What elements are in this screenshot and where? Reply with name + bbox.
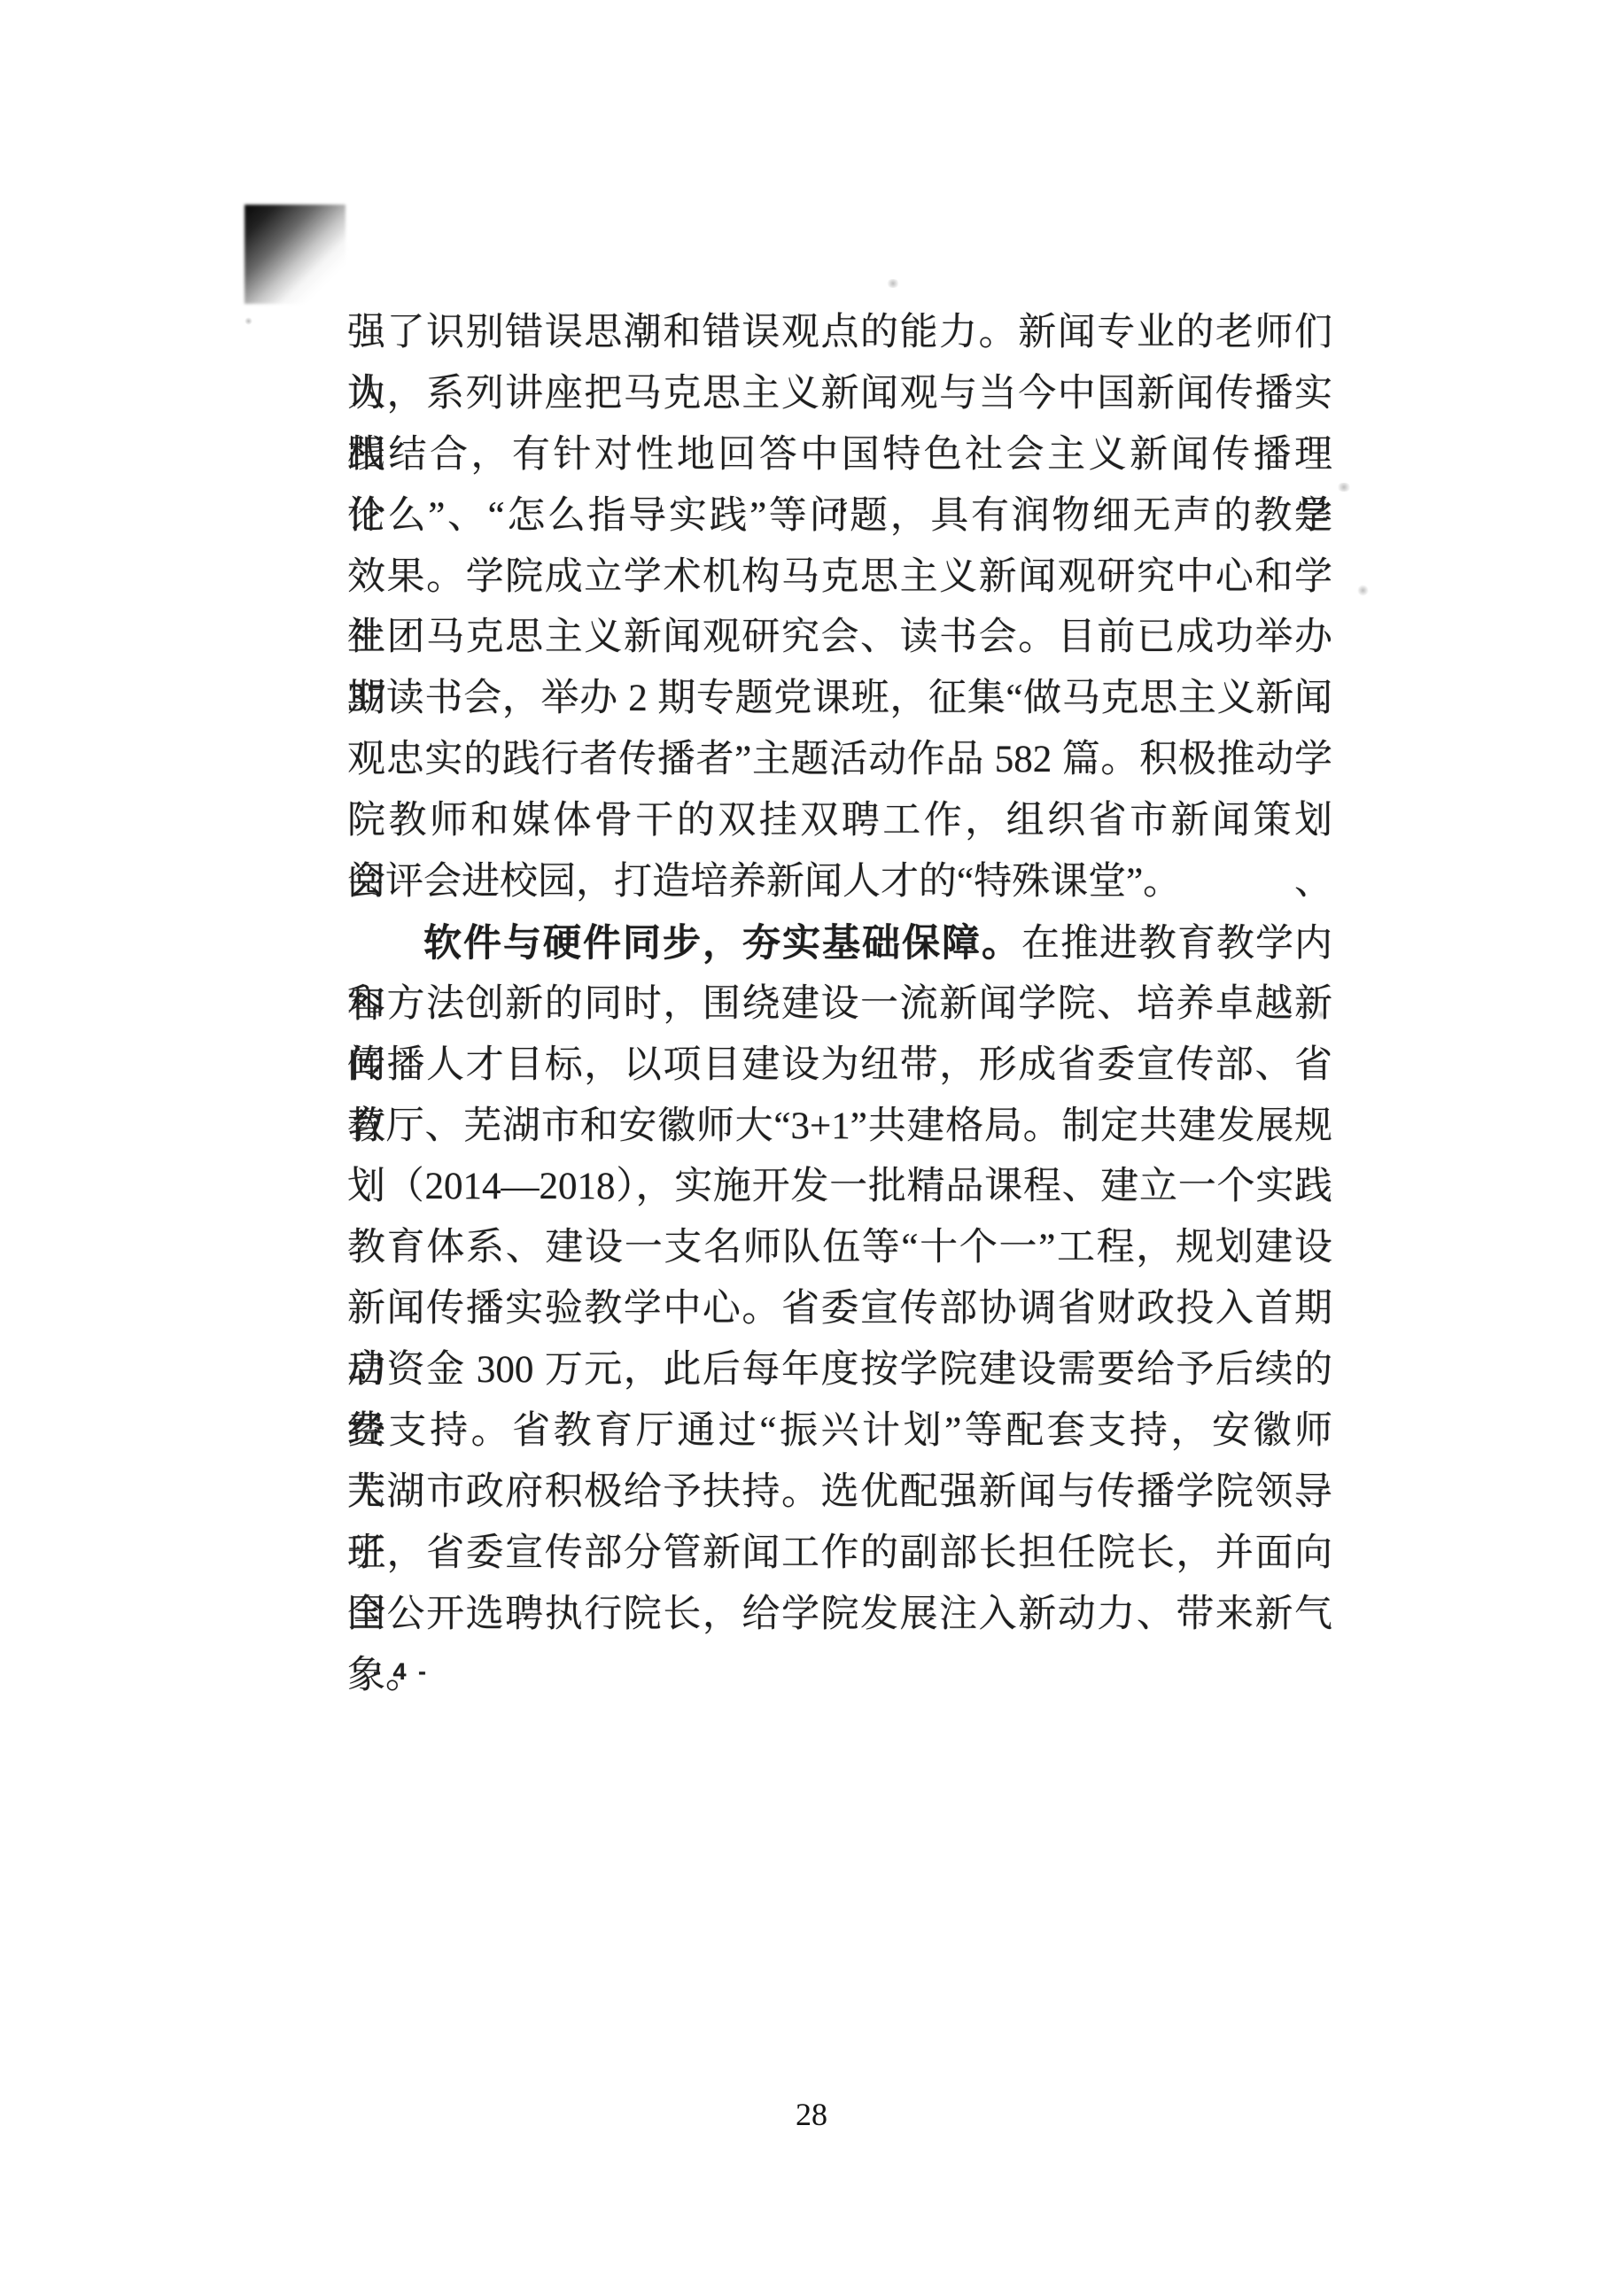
- text-line: 划（2014—2018），实施开发一批精品课程、建立一个实践: [347, 1157, 1332, 1218]
- scan-speck: [886, 279, 900, 288]
- paragraph: 强了识别错误思潮和错误观点的能力。新闻专业的老师们认为，系列讲座把马克思主义新闻…: [347, 303, 1332, 913]
- inline-bold-heading: 软件与硬件同步，夯实基础保障。: [423, 922, 1021, 965]
- text-line: 传播人才目标，以项目建设为纽带，形成省委宣传部、省教: [347, 1036, 1332, 1097]
- text-line: 和方法创新的同时，围绕建设一流新闻学院、培养卓越新闻: [347, 974, 1332, 1036]
- text-line: 软件与硬件同步，夯实基础保障。在推进教育教学内容: [347, 913, 1332, 974]
- text-line: 什么”、“怎么指导实践”等问题，具有润物细无声的教学: [347, 486, 1332, 547]
- text-line: 强了识别错误思潮和错误观点的能力。新闻专业的老师们认: [347, 303, 1332, 364]
- page-number: 28: [0, 2096, 1623, 2133]
- text-segment: 期读书会，举办 2 期专题党课班，征集“做马克思主义新闻: [347, 678, 1332, 719]
- text-line: 子，省委宣传部分管新闻工作的副部长担任院长，并面向全: [347, 1524, 1332, 1585]
- text-segment: 国公开选聘执行院长，给学院发展注入新动力、带来新气象。: [347, 1594, 1332, 1696]
- text-line: 期读书会，举办 2 期专题党课班，征集“做马克思主义新闻: [347, 669, 1332, 730]
- text-segment: 什么”、“怎么指导实践”等问题，具有润物细无声的教学: [347, 495, 1332, 537]
- text-line: 教育体系、建设一支名师队伍等“十个一”工程，规划建设: [347, 1218, 1332, 1279]
- text-segment: 教育体系、建设一支名师队伍等“十个一”工程，规划建设: [347, 1227, 1332, 1268]
- paragraph: 软件与硬件同步，夯实基础保障。在推进教育教学内容和方法创新的同时，围绕建设一流新…: [347, 913, 1332, 1646]
- text-line: 育厅、芜湖市和安徽师大“3+1”共建格局。制定共建发展规: [347, 1097, 1332, 1158]
- text-segment: 观忠实的践行者传播者”主题活动作品 582 篇。积极推动学: [347, 739, 1332, 780]
- text-segment: 划（2014—2018），实施开发一批精品课程、建立一个实践: [347, 1166, 1332, 1207]
- body-text-block: 强了识别错误思潮和错误观点的能力。新闻专业的老师们认为，系列讲座把马克思主义新闻…: [347, 303, 1332, 1646]
- scan-speck: [245, 317, 252, 325]
- text-line: 芜湖市政府积极给予扶持。选优配强新闻与传播学院领导班: [347, 1462, 1332, 1524]
- text-line: 国公开选聘执行院长，给学院发展注入新动力、带来新气象。: [347, 1585, 1332, 1646]
- text-line: 新闻传播实验教学中心。省委宣传部协调省财政投入首期启: [347, 1279, 1332, 1340]
- scan-speck: [1336, 483, 1352, 492]
- footer-page-marker: - 4 -: [373, 1658, 429, 1686]
- text-segment: 育厅、芜湖市和安徽师大“3+1”共建格局。制定共建发展规: [347, 1105, 1332, 1147]
- text-line: 效果。学院成立学术机构马克思主义新闻观研究中心和学生: [347, 547, 1332, 609]
- text-line: 院教师和媒体骨干的双挂双聘工作，组织省市新闻策划会、: [347, 791, 1332, 852]
- text-segment: 阅评会进校园，打造培养新闻人才的“特殊课堂”。: [347, 861, 1181, 903]
- text-line: 为，系列讲座把马克思主义新闻观与当今中国新闻传播实践: [347, 364, 1332, 425]
- scan-speck: [1357, 585, 1369, 596]
- text-line: 相结合，有针对性地回答中国特色社会主义新闻传播理论“是: [347, 425, 1332, 486]
- text-line: 动资金 300 万元，此后每年度按学院建设需要给予后续的经: [347, 1340, 1332, 1401]
- text-line: 观忠实的践行者传播者”主题活动作品 582 篇。积极推动学: [347, 730, 1332, 791]
- text-line: 社团马克思主义新闻观研究会、读书会。目前已成功举办 37: [347, 608, 1332, 669]
- scan-corner-artifact: [245, 205, 346, 304]
- text-line: 费支持。省教育厅通过“振兴计划”等配套支持，安徽师大、: [347, 1401, 1332, 1462]
- scanned-document-page: 强了识别错误思潮和错误观点的能力。新闻专业的老师们认为，系列讲座把马克思主义新闻…: [0, 0, 1623, 2296]
